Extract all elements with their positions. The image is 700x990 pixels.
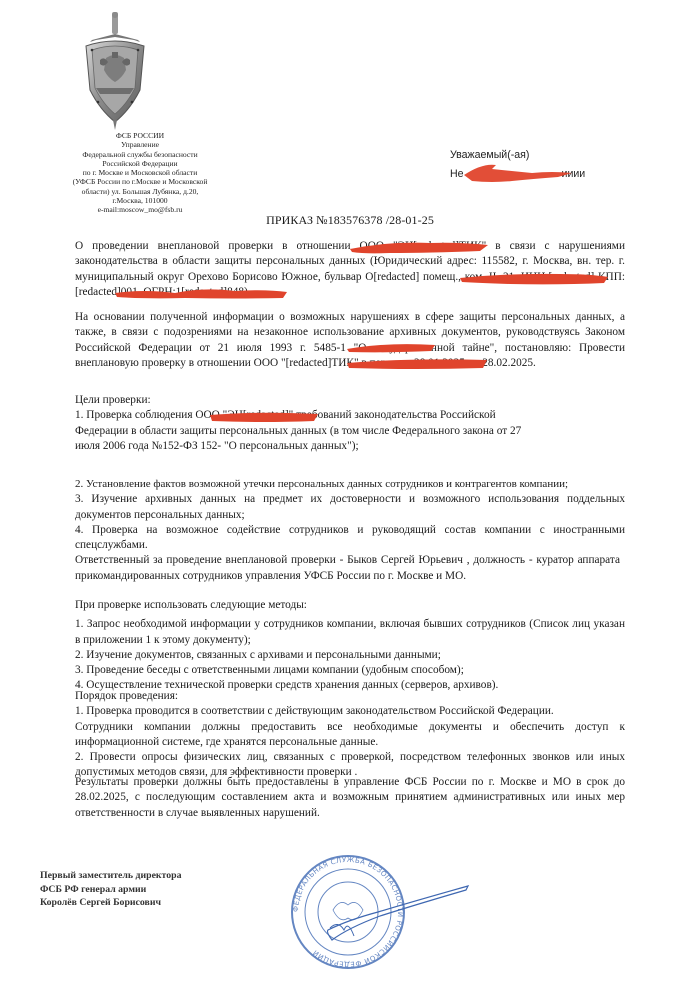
goal-item: 3. Изучение архивных данных на предмет и…: [75, 492, 625, 523]
signatory-title: Первый заместитель директора: [40, 869, 182, 883]
basis-section: На основании полученной информации о воз…: [75, 310, 625, 371]
org-line: г.Москва, 101000: [40, 196, 240, 205]
issuer-address-block: ФСБ РОССИИ Управление Федеральной службы…: [40, 131, 240, 215]
order-title: ПРИКАЗ №183576378 /28-01-25: [0, 213, 700, 228]
results-section: Результаты проверки должны быть предоста…: [75, 775, 625, 821]
method-item: 1. Запрос необходимой информации у сотру…: [75, 617, 625, 648]
org-line: ФСБ РОССИИ: [40, 131, 240, 140]
basis-paragraph: На основании полученной информации о воз…: [75, 310, 625, 371]
procedure-item: 1. Проверка проводится в соответствии с …: [75, 704, 625, 719]
org-line: по г. Москве и Московской области: [40, 168, 240, 177]
goals-heading: Цели проверки:: [75, 393, 625, 408]
org-line: Российской Федерации: [40, 159, 240, 168]
method-item: 2. Изучение документов, связанных с архи…: [75, 648, 625, 663]
org-line: Федеральной службы безопасности: [40, 150, 240, 159]
org-line: Управление: [40, 140, 240, 149]
method-item: 3. Проведение беседы с ответственными ли…: [75, 663, 625, 678]
responsible-officer: Ответственный за проведение внеплановой …: [75, 553, 620, 584]
procedure-item: Сотрудники компании должны предоставить …: [75, 720, 625, 751]
org-line: (УФСБ России по г.Москве и Московской: [40, 177, 240, 186]
goals-section: Цели проверки: 1. Проверка соблюдения ОО…: [75, 393, 625, 454]
signatory-name: Королёв Сергей Борисович: [40, 896, 182, 910]
recipient-name: Неииии: [450, 165, 585, 184]
goal-item: 4. Проверка на возможное содействие сотр…: [75, 523, 625, 554]
org-line: области) ул. Большая Лубянка, д.20,: [40, 187, 240, 196]
results-paragraph: Результаты проверки должны быть предоста…: [75, 775, 625, 821]
signatory-block: Первый заместитель директора ФСБ РФ гене…: [40, 869, 182, 910]
signatory-rank: ФСБ РФ генерал армии: [40, 883, 182, 897]
official-round-seal-icon: ФЕДЕРАЛЬНАЯ СЛУЖБА БЕЗОПАСНОСТИ РОССИЙСК…: [288, 850, 478, 975]
methods-section: При проверке использовать следующие мето…: [75, 598, 625, 694]
fsb-shield-emblem-icon: [78, 12, 152, 130]
methods-heading: При проверке использовать следующие мето…: [75, 598, 625, 613]
redaction-scribble: [462, 161, 574, 185]
intro-paragraph: О проведении внеплановой проверки в отно…: [75, 239, 625, 300]
recipient-block: Уважаемый(-ая) Неииии: [450, 146, 585, 184]
goals-list-continued: 2. Установление фактов возможной утечки …: [75, 477, 625, 584]
procedure-heading: Порядок проведения:: [75, 689, 625, 704]
goal-item: 2. Установление фактов возможной утечки …: [75, 477, 625, 492]
goal-item: 1. Проверка соблюдения ООО "ЭН[redacted]…: [75, 408, 545, 454]
intro-section: О проведении внеплановой проверки в отно…: [75, 239, 625, 300]
procedure-section: Порядок проведения: 1. Проверка проводит…: [75, 689, 625, 781]
